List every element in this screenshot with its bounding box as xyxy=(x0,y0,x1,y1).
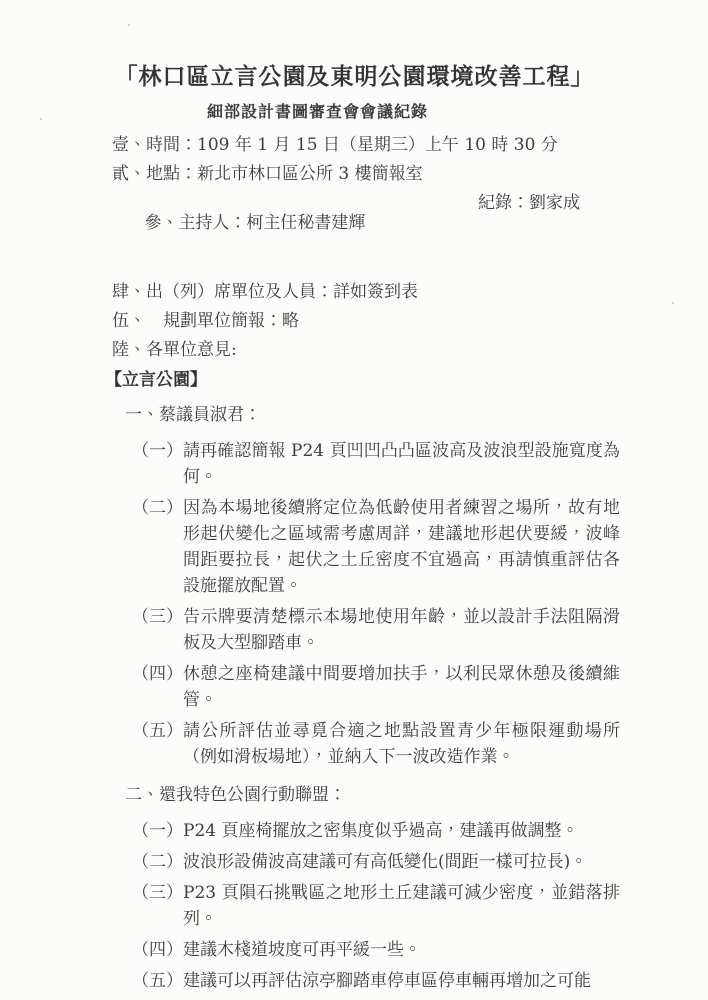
comment-item: （二） 因為本場地後續將定位為低齡使用者練習之場所，故有地形起伏變化之區域需考慮… xyxy=(132,495,620,599)
comment-marker: （四） xyxy=(132,661,183,713)
meta-location: 貳、地點：新北市林口區公所 3 樓簡報室 xyxy=(112,164,620,184)
comment-marker: （四） xyxy=(132,937,183,963)
scan-speck xyxy=(520,668,522,670)
scan-speck xyxy=(128,24,130,26)
comment-marker: （五） xyxy=(132,718,183,770)
comment-marker: （五） xyxy=(132,968,183,994)
comment-text: 因為本場地後續將定位為低齡使用者練習之場所，故有地形起伏變化之區域需考慮周詳，建… xyxy=(183,495,620,599)
comment-marker: （一） xyxy=(132,438,183,490)
comment-text: 告示牌要清楚標示本場地使用年齡，並以設計手法阻隔滑板及大型腳踏車。 xyxy=(183,604,620,656)
comment-item: （五） 建議可以再評估涼亭腳踏車停車區停車輛再增加之可能 xyxy=(132,968,620,994)
comment-marker: （三） xyxy=(132,880,183,932)
meta-attendees: 肆、出（列）席單位及人員：詳如簽到表 xyxy=(112,282,620,302)
comment-item: （三） 告示牌要清楚標示本場地使用年齡，並以設計手法阻隔滑板及大型腳踏車。 xyxy=(132,604,620,656)
comment-text: 請公所評估並尋覓合適之地點設置青少年極限運動場所（例如滑板場地），並納入下一波改… xyxy=(183,718,620,770)
comment-item: （二） 波浪形設備波高建議可有高低變化(間距一樣可拉長)。 xyxy=(132,849,620,875)
meta-opinions: 陸、各單位意見: xyxy=(112,340,620,360)
comment-item: （四） 建議木棧道坡度可再平緩一些。 xyxy=(132,937,620,963)
comment-text: 建議木棧道坡度可再平緩一些。 xyxy=(183,937,620,963)
document-title: 「林口區立言公園及東明公園環境改善工程」 xyxy=(97,62,612,92)
scan-speck xyxy=(672,302,674,304)
comment-item: （四） 休憩之座椅建議中間要增加扶手，以利民眾休憩及後續維管。 xyxy=(132,661,620,713)
comment-text: 建議可以再評估涼亭腳踏車停車區停車輛再增加之可能 xyxy=(183,968,620,994)
meta-section: 壹、時間：109 年 1 月 15 日（星期三）上午 10 時 30 分 貳、地… xyxy=(105,135,620,360)
comment-marker: （一） xyxy=(132,818,183,844)
meta-time: 壹、時間：109 年 1 月 15 日（星期三）上午 10 時 30 分 xyxy=(112,135,620,155)
park-section-heading: 【立言公園】 xyxy=(105,369,620,391)
comment-item: （一） 請再確認簡報 P24 頁凹凹凸凸區波高及波浪型設施寬度為何。 xyxy=(132,438,620,490)
speaker-name: 一、蔡議員淑君： xyxy=(125,404,620,426)
scan-speck xyxy=(40,118,42,120)
comment-marker: （三） xyxy=(132,604,183,656)
comment-text: 請再確認簡報 P24 頁凹凹凸凸區波高及波浪型設施寬度為何。 xyxy=(183,438,620,490)
comment-item: （一） P24 頁座椅擺放之密集度似乎過高，建議再做調整。 xyxy=(132,818,620,844)
document-subtitle: 細部設計書圖審查會會議紀錄 xyxy=(60,101,575,123)
meta-recorder: 紀錄：劉家成 xyxy=(478,193,580,213)
meta-host: 參、主持人：柯主任秘書建輝 紀錄：劉家成 xyxy=(112,193,620,273)
comment-text: P23 頁隕石挑戰區之地形土丘建議可減少密度，並錯落排列。 xyxy=(183,880,620,932)
comment-text: 波浪形設備波高建議可有高低變化(間距一樣可拉長)。 xyxy=(183,849,620,875)
speaker-name: 二、還我特色公園行動聯盟： xyxy=(125,784,620,806)
document-page: 「林口區立言公園及東明公園環境改善工程」 細部設計書圖審查會會議紀錄 壹、時間：… xyxy=(0,0,708,1000)
meta-briefing: 伍、 規劃單位簡報：略 xyxy=(112,311,620,331)
comment-marker: （二） xyxy=(132,495,183,599)
meta-host-text: 參、主持人：柯主任秘書建輝 xyxy=(144,213,365,233)
comment-item: （五） 請公所評估並尋覓合適之地點設置青少年極限運動場所（例如滑板場地），並納入… xyxy=(132,718,620,770)
comment-text: 休憩之座椅建議中間要增加扶手，以利民眾休憩及後續維管。 xyxy=(183,661,620,713)
speaker-block-alliance: 二、還我特色公園行動聯盟： （一） P24 頁座椅擺放之密集度似乎過高，建議再做… xyxy=(105,784,620,994)
comment-text: P24 頁座椅擺放之密集度似乎過高，建議再做調整。 xyxy=(183,818,620,844)
speaker-block-councilor: 一、蔡議員淑君： （一） 請再確認簡報 P24 頁凹凹凸凸區波高及波浪型設施寬度… xyxy=(105,404,620,770)
comment-item: （三） P23 頁隕石挑戰區之地形土丘建議可減少密度，並錯落排列。 xyxy=(132,880,620,932)
comment-marker: （二） xyxy=(132,849,183,875)
